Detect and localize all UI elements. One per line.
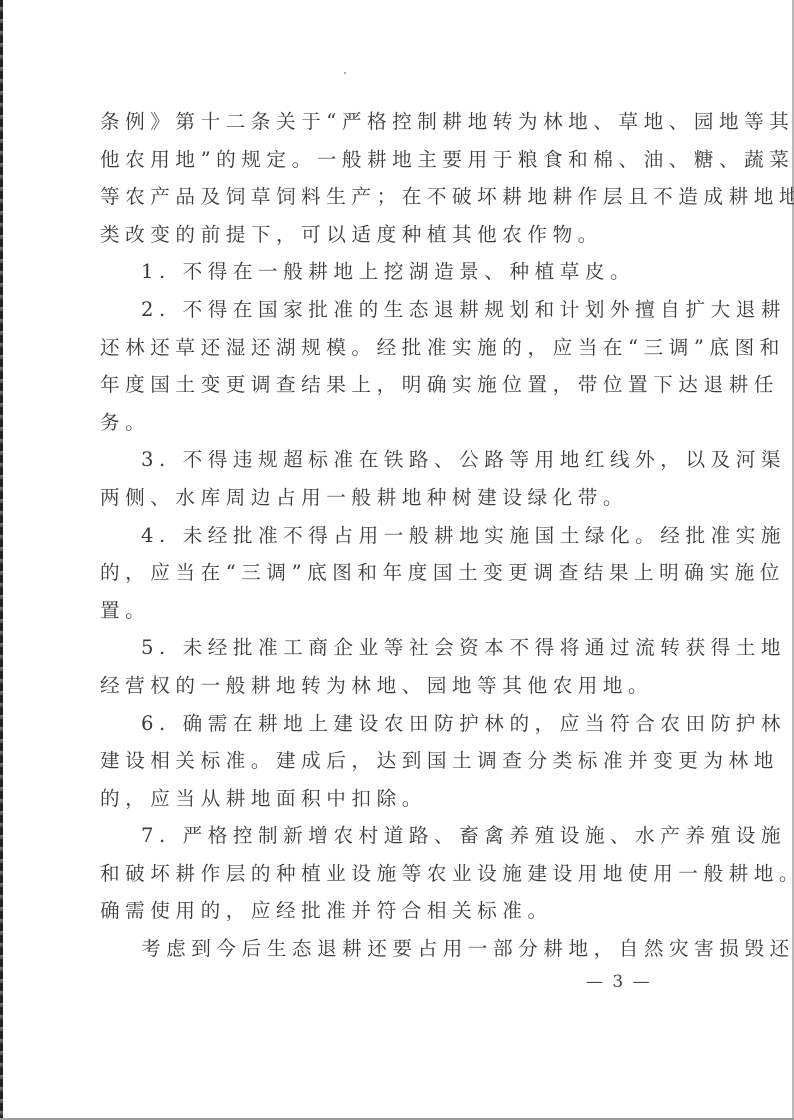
- text-line: 7. 严格控制新增农村道路、畜禽养殖设施、水产养殖设施: [100, 817, 692, 855]
- text-line: 两侧、水库周边占用一般耕地种树建设绿化带。: [100, 479, 692, 517]
- text-line: 类改变的前提下，可以适度种植其他农作物。: [100, 216, 692, 254]
- paragraph-item-2: 2. 不得在国家批准的生态退耕规划和计划外擅自扩大退耕 还林还草还湿还湖规模。经…: [100, 291, 692, 441]
- text-line: 5. 未经批准工商企业等社会资本不得将通过流转获得土地: [100, 629, 692, 667]
- paragraph-item-3: 3. 不得违规超标准在铁路、公路等用地红线外，以及河渠 两侧、水库周边占用一般耕…: [100, 441, 692, 516]
- text-line: 务。: [100, 404, 692, 442]
- text-line: 年度国土变更调查结果上，明确实施位置，带位置下达退耕任: [100, 366, 692, 404]
- paragraph-intro: 条例》第十二条关于“严格控制耕地转为林地、草地、园地等其 他农用地”的规定。一般…: [100, 103, 692, 253]
- text-line: 置。: [100, 592, 692, 630]
- text-line: 经营权的一般耕地转为林地、园地等其他农用地。: [100, 667, 692, 705]
- text-line: 1. 不得在一般耕地上挖湖造景、种植草皮。: [100, 253, 692, 291]
- page-number: — 3 —: [586, 972, 652, 992]
- text-line: 考虑到今后生态退耕还要占用一部分耕地，自然灾害损毁还: [100, 930, 692, 968]
- text-line: 建设相关标准。建成后，达到国土调查分类标准并变更为林地: [100, 742, 692, 780]
- paragraph-closing: 考虑到今后生态退耕还要占用一部分耕地，自然灾害损毁还: [100, 930, 692, 968]
- paragraph-item-7: 7. 严格控制新增农村道路、畜禽养殖设施、水产养殖设施 和破坏耕作层的种植业设施…: [100, 817, 692, 930]
- text-line: 6. 确需在耕地上建设农田防护林的，应当符合农田防护林: [100, 705, 692, 743]
- paragraph-item-4: 4. 未经批准不得占用一般耕地实施国土绿化。经批准实施 的，应当在“三调”底图和…: [100, 517, 692, 630]
- text-line: 条例》第十二条关于“严格控制耕地转为林地、草地、园地等其: [100, 103, 692, 141]
- text-line: 确需使用的，应经批准并符合相关标准。: [100, 892, 692, 930]
- text-line: 4. 未经批准不得占用一般耕地实施国土绿化。经批准实施: [100, 517, 692, 555]
- text-line: 等农产品及饲草饲料生产；在不破坏耕地耕作层且不造成耕地地: [100, 178, 692, 216]
- document-body: 条例》第十二条关于“严格控制耕地转为林地、草地、园地等其 他农用地”的规定。一般…: [100, 103, 692, 968]
- text-line: 2. 不得在国家批准的生态退耕规划和计划外擅自扩大退耕: [100, 291, 692, 329]
- text-line: 的，应当从耕地面积中扣除。: [100, 780, 692, 818]
- text-line: 还林还草还湿还湖规模。经批准实施的，应当在“三调”底图和: [100, 329, 692, 367]
- text-line: 他农用地”的规定。一般耕地主要用于粮食和棉、油、糖、蔬菜: [100, 141, 692, 179]
- paragraph-item-5: 5. 未经批准工商企业等社会资本不得将通过流转获得土地 经营权的一般耕地转为林地…: [100, 629, 692, 704]
- text-line: 3. 不得违规超标准在铁路、公路等用地红线外，以及河渠: [100, 441, 692, 479]
- text-line: 的，应当在“三调”底图和年度国土变更调查结果上明确实施位: [100, 554, 692, 592]
- paragraph-item-6: 6. 确需在耕地上建设农田防护林的，应当符合农田防护林 建设相关标准。建成后，达…: [100, 705, 692, 818]
- paragraph-item-1: 1. 不得在一般耕地上挖湖造景、种植草皮。: [100, 253, 692, 291]
- scan-artifact-dot: [344, 72, 346, 74]
- scan-border-left: [0, 0, 3, 1120]
- text-line: 和破坏耕作层的种植业设施等农业设施建设用地使用一般耕地。: [100, 855, 692, 893]
